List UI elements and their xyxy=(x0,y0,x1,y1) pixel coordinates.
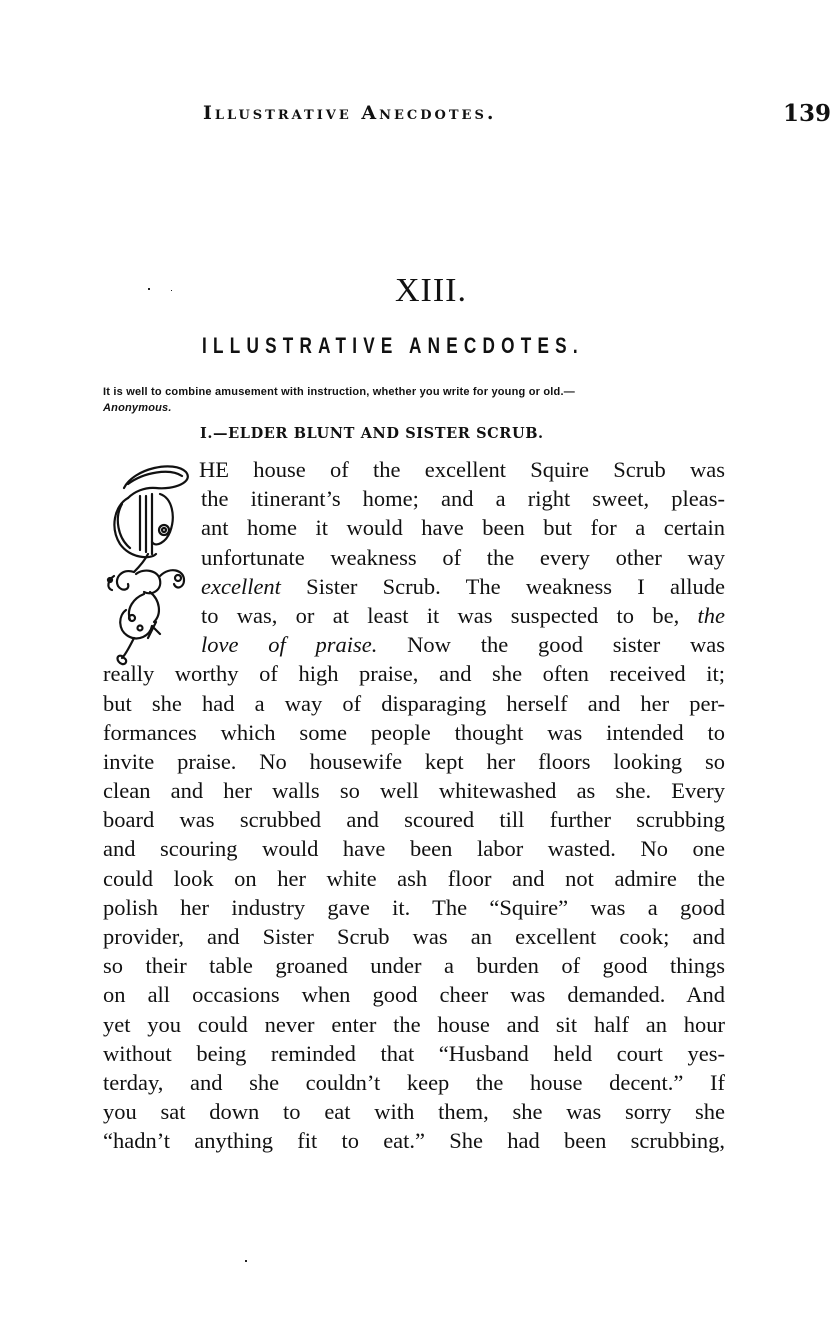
text-run-italic: excellent xyxy=(201,574,281,599)
text-line: clean and her walls so well whitewashed … xyxy=(103,776,725,805)
chapter-number: XIII. xyxy=(0,272,832,310)
text-run: really worthy of high praise, and she of… xyxy=(103,661,725,686)
text-run-italic: the xyxy=(698,603,726,628)
text-line: formances which some people thought was … xyxy=(103,718,725,747)
section-heading: I.—ELDER BLUNT AND SISTER SCRUB. xyxy=(200,425,544,442)
text-run: polish her industry gave it. The “Squire… xyxy=(103,895,725,920)
text-run: HE house of the excellent Squire Scrub w… xyxy=(199,457,725,482)
text-run: you sat down to eat with them, she was s… xyxy=(103,1099,725,1124)
text-line: invite praise. No housewife kept her flo… xyxy=(103,747,725,776)
text-line: so their table groaned under a burden of… xyxy=(103,951,725,980)
text-line: the itinerant’s home; and a right sweet,… xyxy=(201,484,725,513)
text-line: HE house of the excellent Squire Scrub w… xyxy=(199,455,725,484)
epigraph-attribution: Anonymous. xyxy=(103,400,748,416)
text-run: formances which some people thought was … xyxy=(103,720,725,745)
text-run: “hadn’t anything fit to eat.” She had be… xyxy=(103,1128,725,1153)
text-line: board was scrubbed and scoured till furt… xyxy=(103,805,725,834)
text-line: ant home it would have been but for a ce… xyxy=(201,513,725,542)
text-run: yet you could never enter the house and … xyxy=(103,1012,725,1037)
text-run: board was scrubbed and scoured till furt… xyxy=(103,807,725,832)
book-page: Illustrative Anecdotes. 139 XIII. ILLUST… xyxy=(0,0,832,1343)
text-run: and scouring would have been labor waste… xyxy=(103,836,725,861)
text-line: unfortunate weakness of the every other … xyxy=(201,543,725,572)
text-line: “hadn’t anything fit to eat.” She had be… xyxy=(103,1126,725,1155)
text-line: to was, or at least it was suspected to … xyxy=(201,601,725,630)
text-line: really worthy of high praise, and she of… xyxy=(103,659,725,688)
text-line: could look on her white ash floor and no… xyxy=(103,864,725,893)
text-line: yet you could never enter the house and … xyxy=(103,1010,725,1039)
text-run: invite praise. No housewife kept her flo… xyxy=(103,749,725,774)
text-line: you sat down to eat with them, she was s… xyxy=(103,1097,725,1126)
text-run: ant home it would have been but for a ce… xyxy=(201,515,725,540)
text-line: excellent Sister Scrub. The weakness I a… xyxy=(201,572,725,601)
text-run: but she had a way of disparaging herself… xyxy=(103,691,725,716)
text-run: provider, and Sister Scrub was an excell… xyxy=(103,924,725,949)
text-run: clean and her walls so well whitewashed … xyxy=(103,778,725,803)
epigraph-text: It is well to combine amusement with ins… xyxy=(103,386,575,398)
page-number: 139 xyxy=(783,100,831,127)
text-line: and scouring would have been labor waste… xyxy=(103,834,725,863)
text-run: to was, or at least it was suspected to … xyxy=(201,603,698,628)
speck xyxy=(171,290,172,291)
text-line: but she had a way of disparaging herself… xyxy=(103,689,725,718)
epigraph: It is well to combine amusement with ins… xyxy=(103,384,748,416)
body-text: HE house of the excellent Squire Scrub w… xyxy=(103,455,725,1156)
text-line: polish her industry gave it. The “Squire… xyxy=(103,893,725,922)
text-line: terday, and she couldn’t keep the house … xyxy=(103,1068,725,1097)
running-header: Illustrative Anecdotes. 139 xyxy=(203,102,823,132)
text-run: without being reminded that “Husband hel… xyxy=(103,1041,725,1066)
text-line: without being reminded that “Husband hel… xyxy=(103,1039,725,1068)
text-line: love of praise. Now the good sister was xyxy=(201,630,725,659)
text-line: provider, and Sister Scrub was an excell… xyxy=(103,922,725,951)
text-run: so their table groaned under a burden of… xyxy=(103,953,725,978)
text-run: Sister Scrub. The weakness I allude xyxy=(281,574,725,599)
chapter-title: ILLUSTRATIVE ANECDOTES. xyxy=(202,333,584,359)
running-header-title: Illustrative Anecdotes. xyxy=(203,102,496,124)
text-run: could look on her white ash floor and no… xyxy=(103,866,725,891)
text-run: unfortunate weakness of the every other … xyxy=(201,545,725,570)
speck xyxy=(148,288,150,290)
text-line: on all occasions when good cheer was dem… xyxy=(103,980,725,1009)
speck xyxy=(245,1260,247,1262)
text-run: terday, and she couldn’t keep the house … xyxy=(103,1070,725,1095)
text-run: the itinerant’s home; and a right sweet,… xyxy=(201,486,725,511)
text-run-italic: love of praise. xyxy=(201,632,377,657)
text-run: Now the good sister was xyxy=(377,632,725,657)
text-run: on all occasions when good cheer was dem… xyxy=(103,982,725,1007)
